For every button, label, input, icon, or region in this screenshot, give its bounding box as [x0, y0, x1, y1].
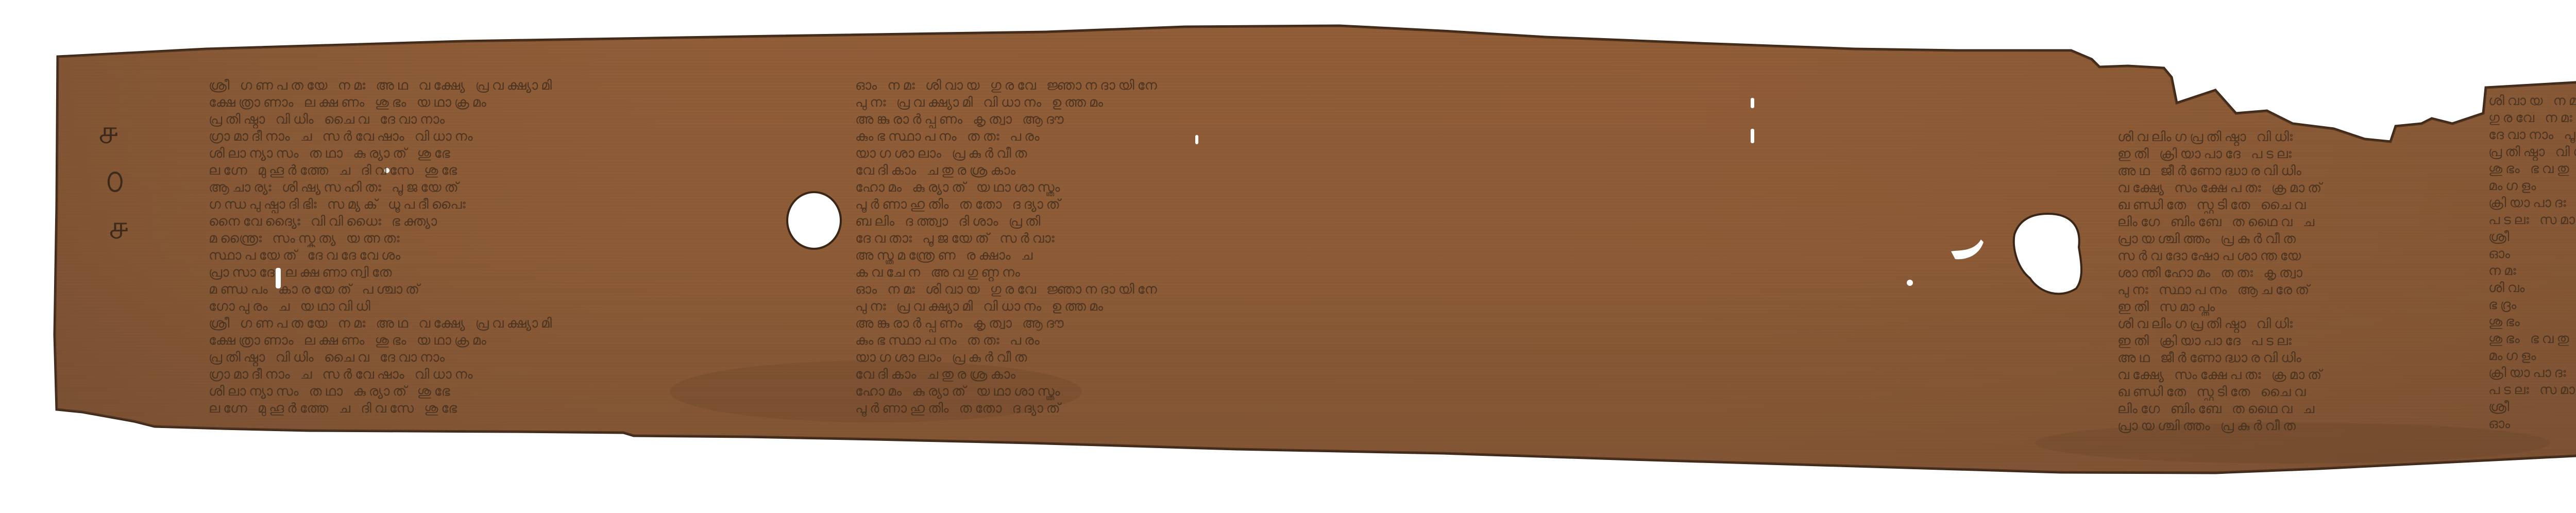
text-line: ഗുരവേ നമഃ	[2488, 110, 2576, 127]
text-line: പ്രതിഷ്ഠാ വിധിം ചൈവ ദേവാനാം	[209, 111, 765, 128]
text-line: ഗോപുരം ച യഥാവിധി	[209, 298, 765, 315]
text-line: അങ്കുരാർപ്പണം കൃത്വാ ആദൗ	[855, 315, 2009, 332]
text-line: പടലഃ സമാപ്തഃ	[2488, 382, 2576, 399]
text-line: ഖണ്ഡിതേ സ്ഫുടിതേ ചൈവ	[2117, 384, 2478, 401]
text-line: ഓം നമഃ ശിവായ ഗുരവേ ജ്ഞാനദായിനേ	[855, 77, 2009, 94]
text-line: വക്ഷ്യേ സംക്ഷേപതഃ ക്രമാത്	[2117, 180, 2478, 197]
margin-numeral: ௪	[98, 116, 119, 149]
text-line: വേദികാം ചതുരശ്രകാം	[855, 162, 2009, 179]
text-line: ശിവലിംഗപ്രതിഷ്ഠാ വിധിഃ	[2117, 129, 2478, 146]
text-line: ഗ്രാമാദീനാം ച സർവേഷാം വിധാനം	[209, 366, 765, 383]
text-line: മംഗളം	[2488, 348, 2576, 365]
text-line: മന്ത്രൈഃ സംസ്കൃത്യ യത്നതഃ	[209, 230, 765, 247]
text-line: കുംഭസ്ഥാപനം തതഃ പരം	[855, 128, 2009, 145]
text-line: ലിംഗേ ബിംബേ തഥൈവ ച	[2117, 214, 2478, 231]
text-line: അഥ ജീർണോദ്ധാരവിധിം	[2117, 350, 2478, 367]
text-line: ഓം	[2488, 416, 2576, 433]
text-line: യാഗശാലാം പ്രകുർവീത	[855, 349, 2009, 366]
text-line: കവചേന അവഗുണ്ഠനം	[855, 264, 2009, 281]
text-line: മംഗളം	[2488, 178, 2576, 195]
margin-numeral: ௪	[108, 211, 129, 244]
text-line: നമഃ	[2488, 263, 2576, 280]
text-line: പൂർണാഹുതിം തതോ ദദ്യാത്	[855, 400, 2009, 417]
text-line: ലഗ്നേ മുഹൂർത്തേ ച ദിവസേ ശുഭേ	[209, 400, 765, 417]
text-line: അഥ ജീർണോദ്ധാരവിധിം	[2117, 163, 2478, 180]
text-line: ശിലാന്യാസം തഥാ കുര്യാത് ശുഭേ	[209, 145, 765, 162]
string-hole-left	[787, 192, 841, 249]
text-line: ശ്രീ	[2488, 399, 2576, 416]
text-line: ക്ഷേത്രാണാം ലക്ഷണം ശുഭം യഥാക്രമം	[209, 332, 765, 349]
text-line: ശിവം	[2488, 280, 2576, 297]
text-line: പ്രതിഷ്ഠാ വിധിം ചൈവ ദേവാനാം	[209, 349, 765, 366]
text-line: ശാന്തിഹോമം തതഃ കൃത്വാ	[2117, 265, 2478, 282]
text-line: ഗന്ധപുഷ്പാദിഭിഃ സമ്യക് ധൂപദീപൈഃ	[209, 196, 765, 213]
text-line: സർവദോഷോപശാന്തയേ	[2117, 248, 2478, 265]
text-column-middle: ഓം നമഃ ശിവായ ഗുരവേ ജ്ഞാനദായിനേ പുനഃ പ്രവ…	[855, 77, 2009, 417]
text-line: ഗ്രാമാദീനാം ച സർവേഷാം വിധാനം	[209, 128, 765, 145]
text-line: വേദികാം ചതുരശ്രകാം	[855, 366, 2009, 383]
text-line: കുംഭസ്ഥാപനം തതഃ പരം	[855, 332, 2009, 349]
text-line: ശ്രീ	[2488, 229, 2576, 246]
text-column-right: ശിവലിംഗപ്രതിഷ്ഠാ വിധിഃ ഇതി ക്രിയാപാദേ പട…	[2117, 129, 2478, 435]
text-line: പടലഃ സമാപ്തഃ	[2488, 212, 2576, 229]
text-line: പുനഃ പ്രവക്ഷ്യാമി വിധാനം ഉത്തമം	[855, 94, 2009, 111]
text-line: പുനഃ പ്രവക്ഷ്യാമി വിധാനം ഉത്തമം	[855, 298, 2009, 315]
text-line: വക്ഷ്യേ സംക്ഷേപതഃ ക്രമാത്	[2117, 367, 2478, 384]
text-line: സ്ഥാപയേത് ദേവദേവേശം	[209, 247, 765, 264]
text-line: നൈവേദ്യൈഃ വിവിധൈഃ ഭക്ത്യാ	[209, 213, 765, 230]
text-line: അങ്കുരാർപ്പണം കൃത്വാ ആദൗ	[855, 111, 2009, 128]
text-line: ശ്രീ ഗണപതയേ നമഃ അഥ വക്ഷ്യേ പ്രവക്ഷ്യാമി	[209, 77, 765, 94]
text-line: പ്രാസാദേ ലക്ഷണാന്വിതേ	[209, 264, 765, 281]
text-line: പൂർണാഹുതിം തതോ ദദ്യാത്	[855, 196, 2009, 213]
text-line: ഇതി ക്രിയാപാദേ പടലഃ	[2117, 146, 2478, 163]
text-column-far-right: ശിവായ നമഃ ഗുരവേ നമഃ ദേവാനാം പൂജനം പ്രതിഷ…	[2488, 93, 2576, 433]
text-line: ശിവായ നമഃ	[2488, 93, 2576, 110]
text-line: യാഗശാലാം പ്രകുർവീത	[855, 145, 2009, 162]
text-line: ഓം	[2488, 246, 2576, 263]
text-line: അസ്ത്രമന്ത്രേണ രക്ഷാം ച	[855, 247, 2009, 264]
text-line: ഇതി ക്രിയാപാദേ പടലഃ	[2117, 333, 2478, 350]
text-line: ഭദ്രം	[2488, 297, 2576, 314]
text-line: പ്രായശ്ചിത്തം പ്രകുർവീത	[2117, 231, 2478, 248]
text-line: ശിവലിംഗപ്രതിഷ്ഠാ വിധിഃ	[2117, 316, 2478, 333]
text-line: പ്രതിഷ്ഠാ വിധാനം	[2488, 144, 2576, 161]
text-line: ക്ഷേത്രാണാം ലക്ഷണം ശുഭം യഥാക്രമം	[209, 94, 765, 111]
text-line: ദേവാനാം പൂജനം	[2488, 127, 2576, 144]
text-line: പ്രായശ്ചിത്തം പ്രകുർവീത	[2117, 418, 2478, 435]
text-line: ശിലാന്യാസം തഥാ കുര്യാത് ശുഭേ	[209, 383, 765, 400]
text-line: ഹോമം കുര്യാത് യഥാശാസ്ത്രം	[855, 383, 2009, 400]
text-line: ദേവതാഃ പൂജയേത് സർവാഃ	[855, 230, 2009, 247]
text-line: ലിംഗേ ബിംബേ തഥൈവ ച	[2117, 401, 2478, 418]
text-line: ശുഭം	[2488, 314, 2576, 331]
text-line: ഇതി സമാപ്തം	[2117, 299, 2478, 316]
text-line: ആചാര്യഃ ശിഷ്യസഹിതഃ പൂജയേത്	[209, 179, 765, 196]
text-line: ഹോമം കുര്യാത് യഥാശാസ്ത്രം	[855, 179, 2009, 196]
text-line: മണ്ഡപം കാരയേത് പശ്ചാത്	[209, 281, 765, 298]
text-line: ഖണ്ഡിതേ സ്ഫുടിതേ ചൈവ	[2117, 197, 2478, 214]
text-line: ക്രിയാപാദഃ	[2488, 365, 2576, 382]
margin-numeral: ௦	[106, 165, 125, 198]
text-line: ശ്രീ ഗണപതയേ നമഃ അഥ വക്ഷ്യേ പ്രവക്ഷ്യാമി	[209, 315, 765, 332]
text-line: ശുഭം ഭവതു	[2488, 161, 2576, 178]
text-column-left: ശ്രീ ഗണപതയേ നമഃ അഥ വക്ഷ്യേ പ്രവക്ഷ്യാമി …	[209, 77, 765, 417]
text-line: ബലിം ദത്ത്വാ ദിശാം പ്രതി	[855, 213, 2009, 230]
text-line: ലഗ്നേ മുഹൂർത്തേ ച ദിവസേ ശുഭേ	[209, 162, 765, 179]
text-line: പുനഃ സ്ഥാപനം ആചരേത്	[2117, 282, 2478, 299]
text-line: ശുഭം ഭവതു	[2488, 331, 2576, 348]
text-line: ഓം നമഃ ശിവായ ഗുരവേ ജ്ഞാനദായിനേ	[855, 281, 2009, 298]
text-line: ക്രിയാപാദഃ	[2488, 195, 2576, 212]
